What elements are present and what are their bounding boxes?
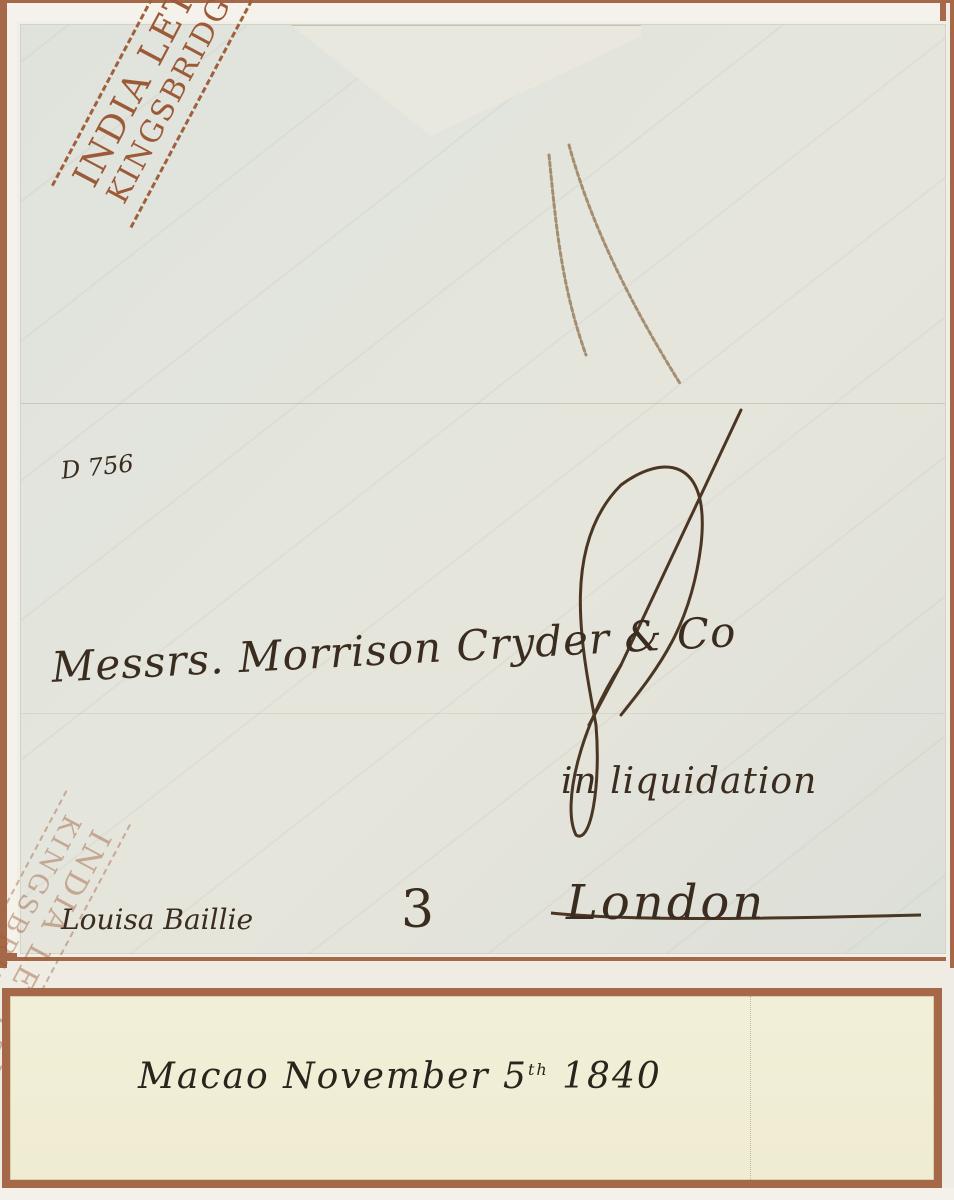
mat-border-right: [950, 0, 954, 968]
address-line-1: Messrs. Morrison Cryder & Co: [50, 607, 737, 692]
address-line-3: London: [566, 875, 766, 931]
fold-line: [21, 713, 945, 714]
dateline: Macao November 5th 1840: [138, 1056, 662, 1097]
mat-border-left: [0, 0, 7, 968]
dateline-place: Macao: [138, 1056, 270, 1097]
envelope-flap: [291, 25, 641, 136]
address-line-2: in liquidation: [561, 761, 817, 802]
reference-number: D 756: [60, 449, 135, 484]
dateline-month: November: [283, 1056, 490, 1097]
sender-note: Louisa Baillie: [61, 903, 253, 936]
fold-line: [21, 403, 945, 404]
dateline-day: 5: [503, 1056, 528, 1097]
sender-rate-mark: 3: [401, 880, 434, 940]
caption-frame: Macao November 5th 1840: [2, 988, 942, 1188]
dateline-day-suffix: th: [528, 1060, 549, 1079]
dateline-slip: Macao November 5th 1840: [10, 996, 934, 1180]
mat-bottom: [0, 1188, 954, 1200]
india-letter-postmark: INDIA LETTER KINGSBRIDGE: [51, 0, 299, 228]
dateline-year: 1840: [562, 1056, 662, 1097]
cover-frame: INDIA LETTER KINGSBRIDGE INDIA LETTER KI…: [7, 3, 946, 961]
postal-cover: INDIA LETTER KINGSBRIDGE INDIA LETTER KI…: [21, 25, 945, 953]
